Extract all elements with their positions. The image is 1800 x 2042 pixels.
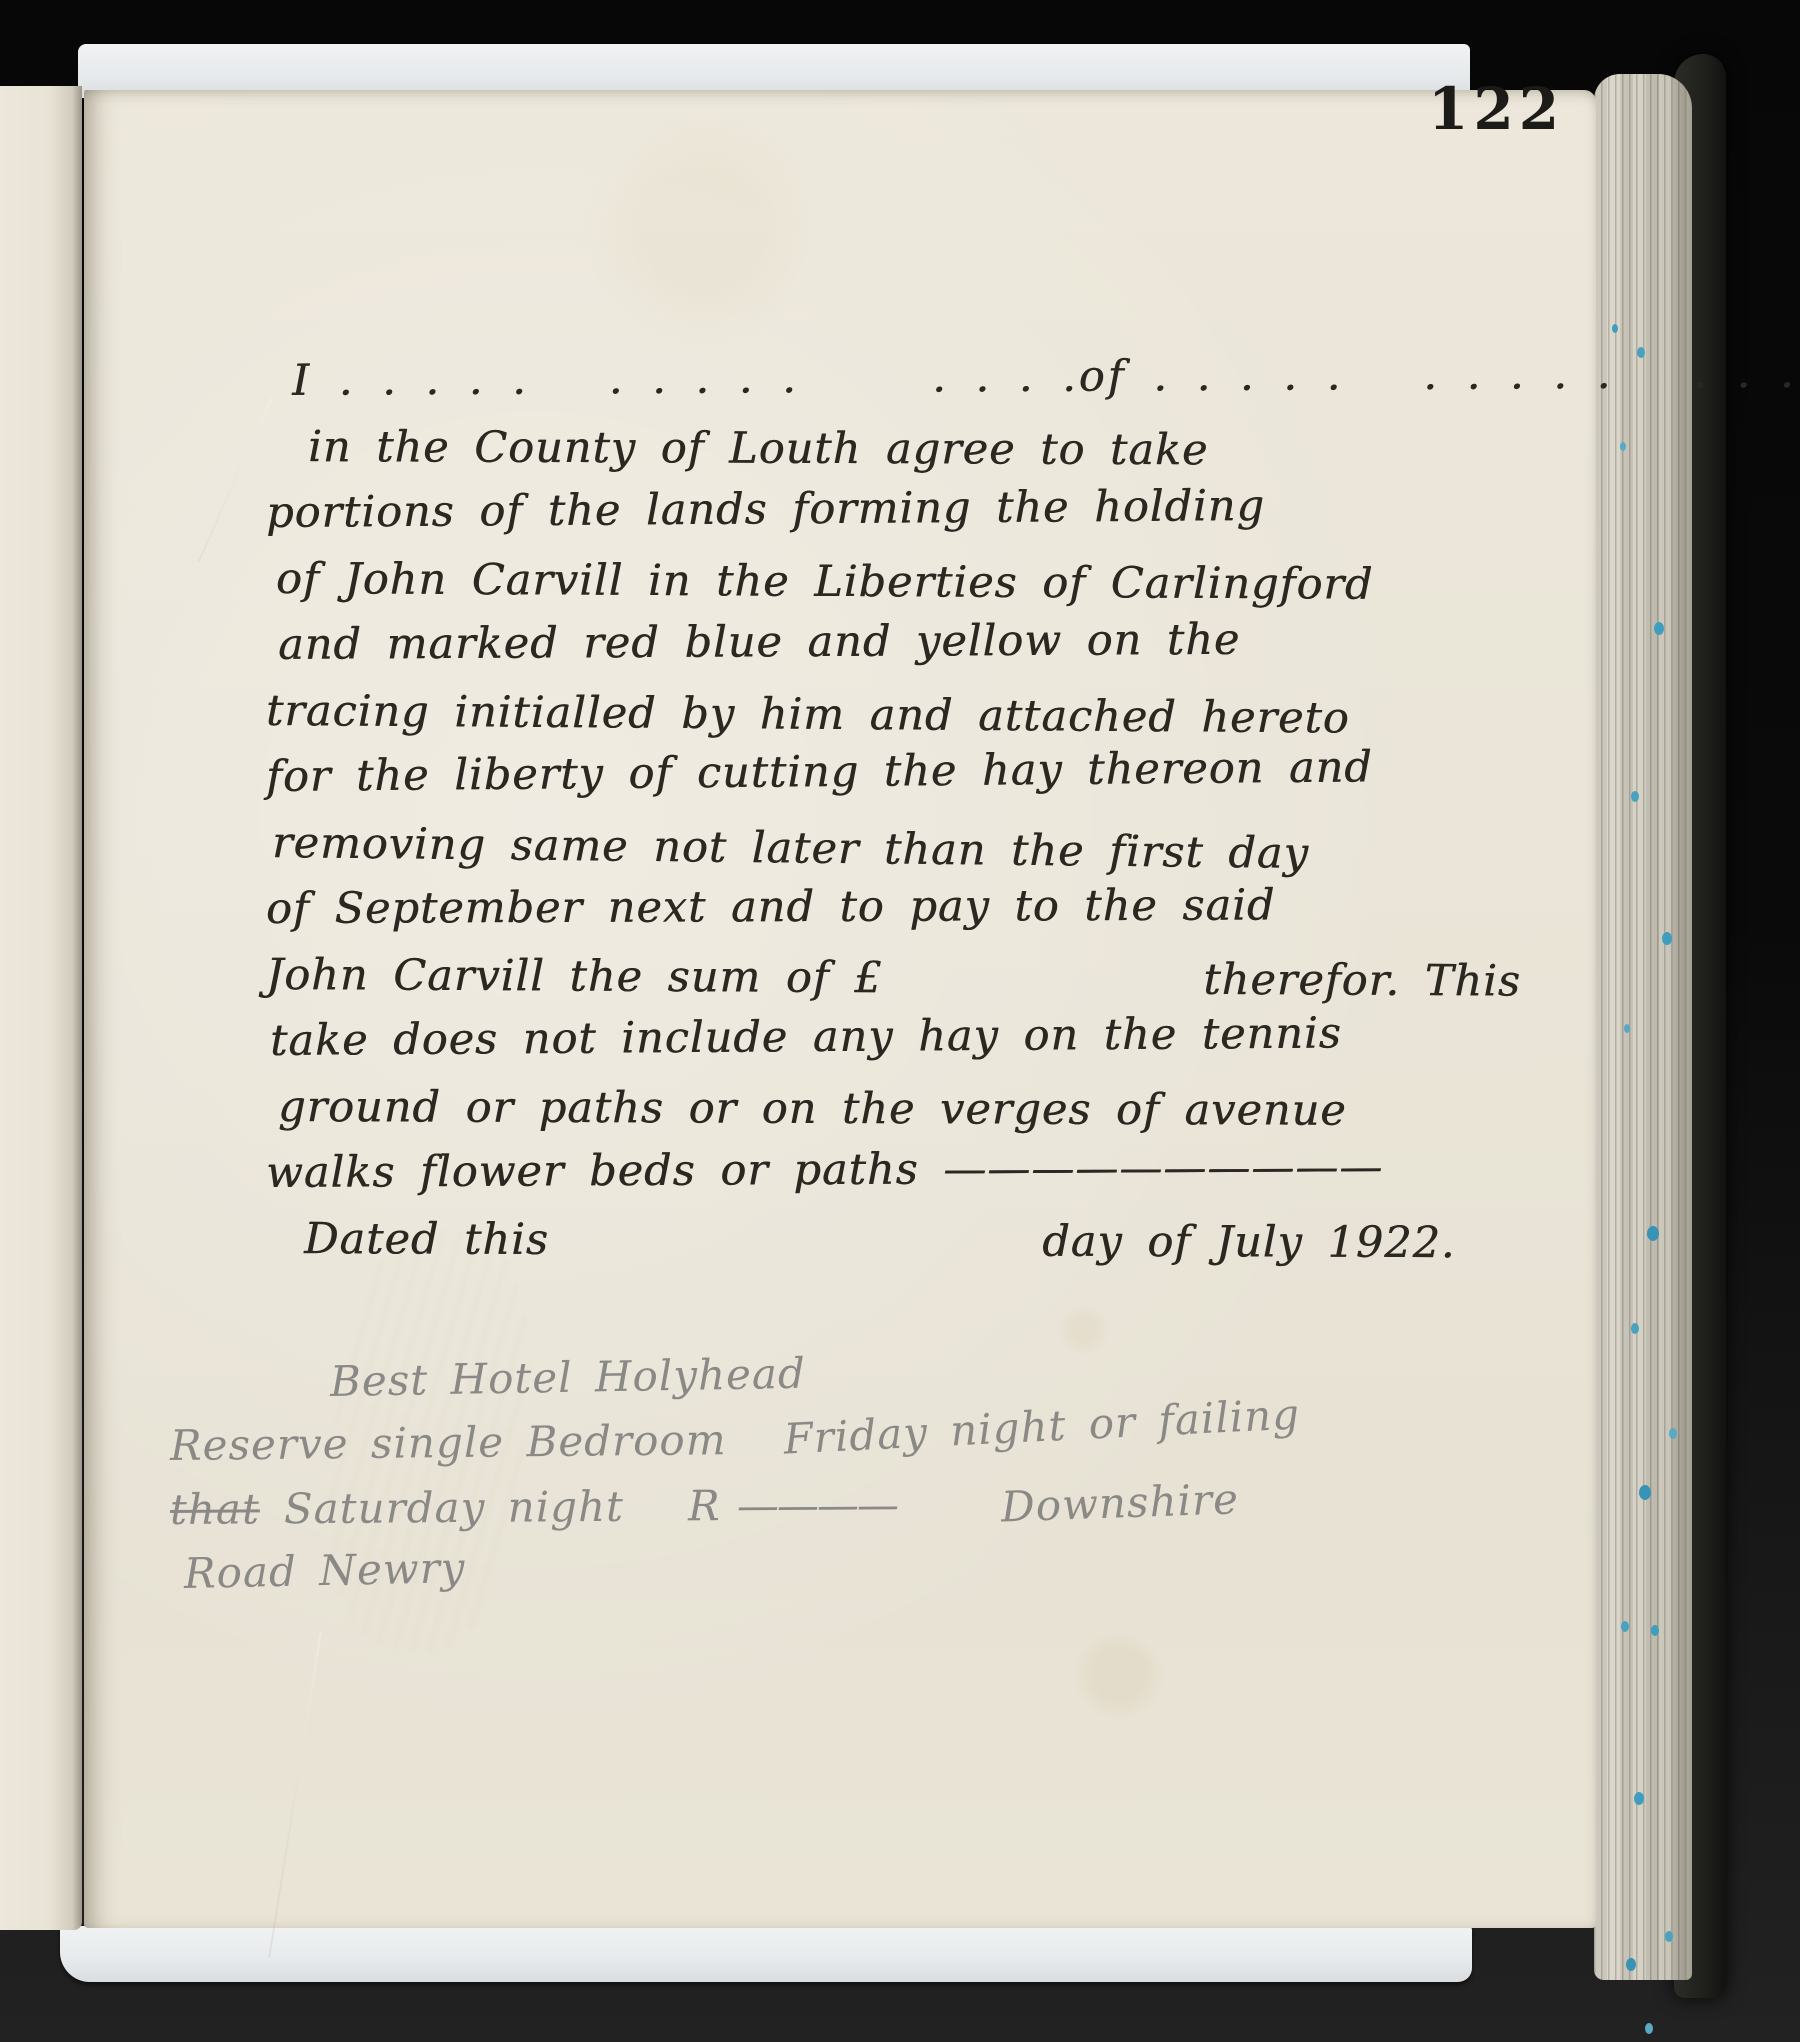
blue-speckles [1612, 324, 1618, 333]
deed-line: ground or paths or on the verges of aven… [266, 1074, 1456, 1144]
deed-line: of September next and to pay to the said [266, 872, 1456, 942]
pencil-line: Reserve single Bedroom Friday night or f… [170, 1399, 1591, 1478]
deed-line: Dated this day of July 1922. [266, 1206, 1456, 1276]
deed-line: I . . . . . . . . . . . . . .of . . . . … [266, 342, 1456, 414]
deed-line: walks flower beds or paths —————————— [266, 1134, 1456, 1206]
paper-crease [268, 1632, 322, 1958]
handwritten-deed-text: I . . . . . . . . . . . . . .of . . . . … [266, 348, 1456, 1272]
book-scan: 122 I . . . . . . . . . . . . . .of . . … [0, 0, 1800, 2042]
pencil-text: Saturday night [284, 1475, 625, 1541]
deed-line: and marked red blue and yellow on the [266, 606, 1456, 678]
pencil-text-struck: that [170, 1477, 260, 1542]
paper-crease [197, 397, 272, 562]
deed-line: for the liberty of cutting the hay there… [266, 734, 1457, 810]
pencil-note: Best Hotel Holyhead Reserve single Bedro… [170, 1350, 1590, 1606]
deed-line: take does not include any hay on the ten… [266, 1000, 1456, 1074]
pencil-text: Road Newry [183, 1536, 466, 1606]
pencil-text: Best Hotel Holyhead [329, 1342, 806, 1414]
facing-page-sliver [0, 86, 82, 1930]
pencil-text: Reserve single Bedroom [170, 1408, 727, 1478]
page-number: 122 [1428, 80, 1564, 138]
deed-line: portions of the lands forming the holdin… [266, 472, 1456, 546]
